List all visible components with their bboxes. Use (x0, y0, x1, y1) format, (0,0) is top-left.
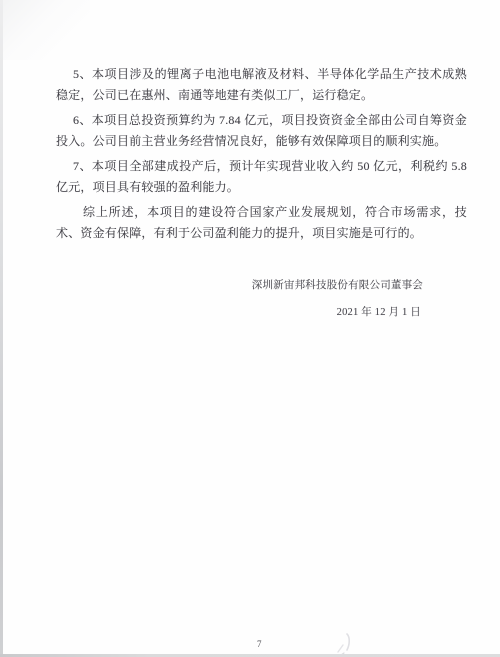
body-paragraph-item-6: 6、本项目总投资预算约为 7.84 亿元，项目投资资金全部由公司自筹资金投入。公… (56, 110, 467, 151)
body-paragraph-item-5: 5、本项目涉及的锂离子电池电解液及材料、半导体化学品生产技术成熟稳定，公司已在惠… (56, 64, 467, 105)
document-body: 5、本项目涉及的锂离子电池电解液及材料、半导体化学品生产技术成熟稳定，公司已在惠… (56, 64, 467, 321)
document-page: 5、本项目涉及的锂离子电池电解液及材料、半导体化学品生产技术成熟稳定，公司已在惠… (0, 0, 500, 657)
scan-edge-left (0, 0, 3, 657)
signature-block: 深圳新宙邦科技股份有限公司董事会 2021 年 12 月 1 日 (56, 278, 423, 321)
scan-corner-shade (0, 0, 90, 60)
body-paragraph-conclusion: 综上所述，本项目的建设符合国家产业发展规划，符合市场需求，技术、资金有保障，有利… (56, 202, 467, 243)
signature-date: 2021 年 12 月 1 日 (56, 305, 423, 321)
page-number: 7 (257, 639, 262, 649)
scan-artifact (326, 628, 358, 657)
body-paragraph-item-7: 7、本项目全部建成投产后，预计年实现营业收入约 50 亿元，利税约 5.8 亿元… (56, 156, 467, 197)
signature-company: 深圳新宙邦科技股份有限公司董事会 (56, 278, 423, 294)
